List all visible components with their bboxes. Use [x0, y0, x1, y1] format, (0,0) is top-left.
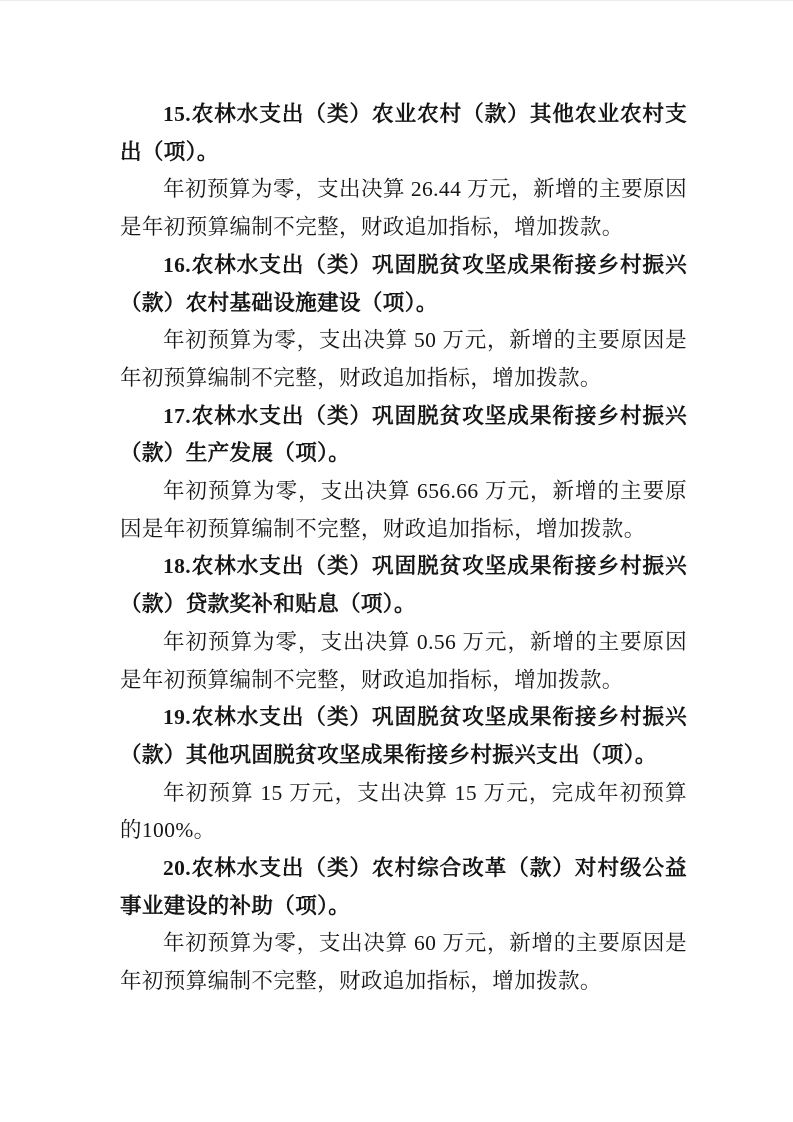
budget-item: 16.农林水支出（类）巩固脱贫攻坚成果衔接乡村振兴（款）农村基础设施建设（项）。… [120, 247, 687, 398]
budget-item-body: 年初预算为零，支出决算 656.66 万元，新增的主要原因是年初预算编制不完整，… [120, 473, 687, 548]
document-content: 15.农林水支出（类）农业农村（款）其他农业农村支出（项）。年初预算为零，支出决… [120, 96, 687, 1001]
budget-item-body: 年初预算 15 万元，支出决算 15 万元，完成年初预算的100%。 [120, 775, 687, 850]
budget-item-body: 年初预算为零，支出决算 60 万元，新增的主要原因是年初预算编制不完整，财政追加… [120, 925, 687, 1000]
budget-item-heading: 17.农林水支出（类）巩固脱贫攻坚成果衔接乡村振兴（款）生产发展（项）。 [120, 398, 687, 473]
budget-item: 20.农林水支出（类）农村综合改革（款）对村级公益事业建设的补助（项）。年初预算… [120, 850, 687, 1001]
budget-item: 15.农林水支出（类）农业农村（款）其他农业农村支出（项）。年初预算为零，支出决… [120, 96, 687, 247]
budget-item: 18.农林水支出（类）巩固脱贫攻坚成果衔接乡村振兴（款）贷款奖补和贴息（项）。年… [120, 548, 687, 699]
budget-item-heading: 18.农林水支出（类）巩固脱贫攻坚成果衔接乡村振兴（款）贷款奖补和贴息（项）。 [120, 548, 687, 623]
budget-item: 19.农林水支出（类）巩固脱贫攻坚成果衔接乡村振兴（款）其他巩固脱贫攻坚成果衔接… [120, 699, 687, 850]
budget-item-body: 年初预算为零，支出决算 50 万元，新增的主要原因是年初预算编制不完整，财政追加… [120, 322, 687, 397]
budget-item-body: 年初预算为零，支出决算 0.56 万元，新增的主要原因是年初预算编制不完整，财政… [120, 624, 687, 699]
budget-item-heading: 16.农林水支出（类）巩固脱贫攻坚成果衔接乡村振兴（款）农村基础设施建设（项）。 [120, 247, 687, 322]
document-page: 15.农林水支出（类）农业农村（款）其他农业农村支出（项）。年初预算为零，支出决… [0, 0, 793, 1122]
budget-item-heading: 15.农林水支出（类）农业农村（款）其他农业农村支出（项）。 [120, 96, 687, 171]
budget-item-body: 年初预算为零，支出决算 26.44 万元，新增的主要原因是年初预算编制不完整，财… [120, 171, 687, 246]
budget-item: 17.农林水支出（类）巩固脱贫攻坚成果衔接乡村振兴（款）生产发展（项）。年初预算… [120, 398, 687, 549]
budget-item-heading: 19.农林水支出（类）巩固脱贫攻坚成果衔接乡村振兴（款）其他巩固脱贫攻坚成果衔接… [120, 699, 687, 774]
budget-item-heading: 20.农林水支出（类）农村综合改革（款）对村级公益事业建设的补助（项）。 [120, 850, 687, 925]
